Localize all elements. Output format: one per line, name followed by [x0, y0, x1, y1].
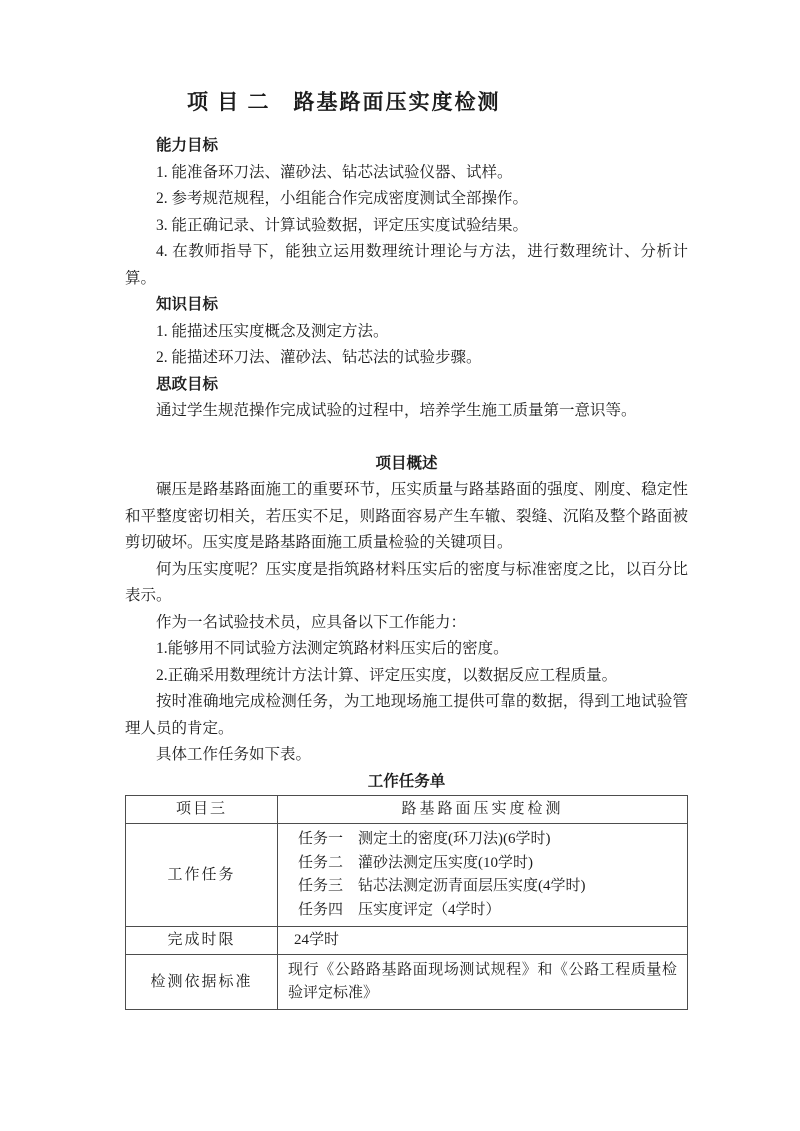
row-content-cell: 24学时 [278, 927, 688, 955]
row-label-cell: 检测依据标准 [126, 955, 278, 1010]
table-row-project: 项目三 路基路面压实度检测 [126, 796, 688, 824]
table-row-duration: 完成时限 24学时 [126, 927, 688, 955]
overview-heading: 项目概述 [125, 451, 688, 478]
row-content-cell: 任务一 测定土的密度(环刀法)(6学时) 任务二 灌砂法测定压实度(10学时) … [278, 824, 688, 927]
task-table-caption: 工作任务单 [125, 769, 688, 796]
ideology-heading: 思政目标 [125, 372, 688, 399]
knowledge-heading: 知识目标 [125, 292, 688, 319]
row-content-cell: 路基路面压实度检测 [278, 796, 688, 824]
task-line: 任务三 钻芯法测定沥青面层压实度(4学时) [298, 875, 679, 899]
row-label-cell: 工作任务 [126, 824, 278, 927]
ability-item: 3. 能正确记录、计算试验数据，评定压实度试验结果。 [125, 213, 688, 240]
overview-list-item: 1.能够用不同试验方法测定筑路材料压实后的密度。 [125, 636, 688, 663]
row-label-cell: 项目三 [126, 796, 278, 824]
overview-paragraph: 具体工作任务如下表。 [125, 742, 688, 769]
row-label-cell: 完成时限 [126, 927, 278, 955]
document-page: 项 目 二 路基路面压实度检测 能力目标 1. 能准备环刀法、灌砂法、钻芯法试验… [0, 0, 800, 1131]
document-title: 项 目 二 路基路面压实度检测 [187, 86, 688, 118]
knowledge-item: 1. 能描述压实度概念及测定方法。 [125, 319, 688, 346]
overview-paragraph: 按时准确地完成检测任务，为工地现场施工提供可靠的数据，得到工地试验管理人员的肯定… [125, 689, 688, 742]
document-body: 能力目标 1. 能准备环刀法、灌砂法、钻芯法试验仪器、试样。 2. 参考规范规程… [125, 133, 688, 1010]
overview-list-item: 2.正确采用数理统计方法计算、评定压实度，以数据反应工程质量。 [125, 663, 688, 690]
task-line: 任务一 测定土的密度(环刀法)(6学时) [298, 828, 679, 852]
ability-item: 2. 参考规范规程，小组能合作完成密度测试全部操作。 [125, 186, 688, 213]
overview-paragraph: 作为一名试验技术员，应具备以下工作能力： [125, 610, 688, 637]
knowledge-item: 2. 能描述环刀法、灌砂法、钻芯法的试验步骤。 [125, 345, 688, 372]
table-row-standards: 检测依据标准 现行《公路路基路面现场测试规程》和《公路工程质量检验评定标准》 [126, 955, 688, 1010]
ability-item: 1. 能准备环刀法、灌砂法、钻芯法试验仪器、试样。 [125, 160, 688, 187]
table-row-tasks: 工作任务 任务一 测定土的密度(环刀法)(6学时) 任务二 灌砂法测定压实度(1… [126, 824, 688, 927]
overview-paragraph: 何为压实度呢？压实度是指筑路材料压实后的密度与标准密度之比，以百分比表示。 [125, 557, 688, 610]
ideology-paragraph: 通过学生规范操作完成试验的过程中，培养学生施工质量第一意识等。 [125, 398, 688, 425]
overview-paragraph: 碾压是路基路面施工的重要环节，压实质量与路基路面的强度、刚度、稳定性和平整度密切… [125, 477, 688, 557]
task-line: 任务二 灌砂法测定压实度(10学时) [298, 852, 679, 876]
row-content-cell: 现行《公路路基路面现场测试规程》和《公路工程质量检验评定标准》 [278, 955, 688, 1010]
ability-heading: 能力目标 [125, 133, 688, 160]
ability-item: 4. 在教师指导下，能独立运用数理统计理论与方法，进行数理统计、分析计算。 [125, 239, 688, 292]
task-line: 任务四 压实度评定（4学时） [298, 899, 679, 923]
task-table: 项目三 路基路面压实度检测 工作任务 任务一 测定土的密度(环刀法)(6学时) … [125, 795, 688, 1010]
